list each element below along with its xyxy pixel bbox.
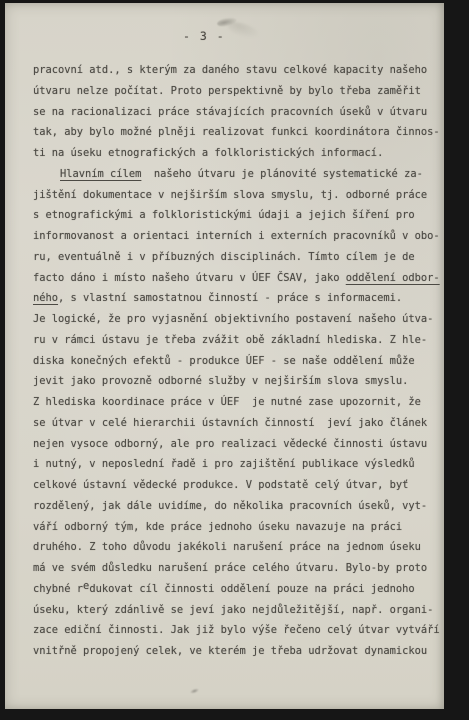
text-line: ru v rámci ústavu je třeba zvážit obě zá… <box>33 330 437 351</box>
text-line: zace ediční činnosti. Jak již bylo výše … <box>33 620 437 641</box>
text-segment: i nutný, v neposlední řadě i pro zajiště… <box>33 458 415 470</box>
text-segment: našeho útvaru je plánovité systematické … <box>141 168 423 180</box>
text-line: celkové ústavní vědecké produkce. V pods… <box>33 475 437 496</box>
text-segment: facto dáno i místo našeho útvaru v ÚEF Č… <box>33 272 346 284</box>
text-line: má ve svém důsledku narušení práce celéh… <box>33 558 437 579</box>
underlined-text: Hlavním cílem <box>60 168 141 180</box>
document-body: pracovní atd., s kterým za daného stavu … <box>33 60 437 662</box>
text-segment: zace ediční činnosti. Jak již bylo výše … <box>33 624 440 636</box>
text-line: Hlavním cílem našeho útvaru je plánovité… <box>33 164 437 185</box>
smudge-mark <box>216 16 237 28</box>
text-segment: se útvar v celé hierarchii ústavních čin… <box>33 417 427 429</box>
text-segment: ru, eventuálně i v příbuzných discipliná… <box>33 251 415 263</box>
text-segment: chybné r <box>33 583 83 595</box>
text-segment: druhého. Z toho důvodu jakékoli narušení… <box>33 541 421 553</box>
text-segment: ru v rámci ústavu je třeba zvážit obě zá… <box>33 334 427 346</box>
text-segment: váří odborný tým, kde práce jednoho úsek… <box>33 521 402 533</box>
text-segment: vnitřně propojený celek, ve kterém je tř… <box>33 645 427 657</box>
scan-background: { "page": { "number_label": "- 3 -", "li… <box>0 0 469 720</box>
text-line: Je logické, že pro vyjasnění objektivníh… <box>33 309 437 330</box>
smudge-mark-faint <box>226 19 263 44</box>
underlined-text: ného <box>33 292 58 304</box>
text-segment: ti na úseku etnografických a folkloristi… <box>33 147 383 159</box>
text-line: facto dáno i místo našeho útvaru v ÚEF Č… <box>33 268 437 289</box>
text-line: s etnografickými a folkloristickými údaj… <box>33 205 437 226</box>
text-line: informovanost a orientaci interních i ex… <box>33 226 437 247</box>
document-page: - 3 - pracovní atd., s kterým za daného … <box>5 3 444 709</box>
text-line: se na racionalizaci práce stávajících pr… <box>33 102 437 123</box>
text-line: pracovní atd., s kterým za daného stavu … <box>33 60 437 81</box>
text-segment: Je logické, že pro vyjasnění objektivníh… <box>33 313 433 325</box>
page-number: - 3 - <box>183 29 225 43</box>
text-line: rozdělený, jak dále uvidíme, do několika… <box>33 496 437 517</box>
text-line: ného, s vlastní samostatnou činností - p… <box>33 288 437 309</box>
text-segment: má ve svém důsledku narušení práce celéh… <box>33 562 427 574</box>
text-segment: nejen vysoce odborný, ale pro realizaci … <box>33 438 427 450</box>
text-line: nejen vysoce odborný, ale pro realizaci … <box>33 434 437 455</box>
text-segment: jištění dokumentace v nejširším slova sm… <box>33 189 427 201</box>
text-segment: , s vlastní samostatnou činností - práce… <box>58 292 402 304</box>
text-line: se útvar v celé hierarchii ústavních čin… <box>33 413 437 434</box>
text-segment: dukovat cíl činnosti oddělení pouze na p… <box>89 583 414 595</box>
text-line: váří odborný tým, kde práce jednoho úsek… <box>33 517 437 538</box>
text-segment: se na racionalizaci práce stávajících pr… <box>33 106 427 118</box>
text-segment: pracovní atd., s kterým za daného stavu … <box>33 64 427 76</box>
text-line: jevit jako provozně odborné služby v nej… <box>33 371 437 392</box>
text-segment: s etnografickými a folkloristickými údaj… <box>33 209 415 221</box>
text-line: diska konečných efektů - produkce ÚEF - … <box>33 351 437 372</box>
text-segment: tak, aby bylo možné plněji realizovat fu… <box>33 126 440 138</box>
text-segment: útvaru nelze počítat. Proto perspektivně… <box>33 85 421 97</box>
text-segment: diska konečných efektů - produkce ÚEF - … <box>33 355 415 367</box>
text-segment: jevit jako provozně odborné služby v nej… <box>33 375 408 387</box>
smudge-mark-bottom <box>190 688 200 695</box>
text-segment: rozdělený, jak dále uvidíme, do několika… <box>33 500 427 512</box>
text-segment: informovanost a orientaci interních i ex… <box>33 230 440 242</box>
text-line: úseku, který zdánlivě se jeví jako nejdů… <box>33 600 437 621</box>
text-line: Z hlediska koordinace práce v ÚEF je nut… <box>33 392 437 413</box>
text-line: jištění dokumentace v nejširším slova sm… <box>33 185 437 206</box>
text-segment: e <box>83 580 89 592</box>
text-line: tak, aby bylo možné plněji realizovat fu… <box>33 122 437 143</box>
text-line: ti na úseku etnografických a folkloristi… <box>33 143 437 164</box>
text-line: druhého. Z toho důvodu jakékoli narušení… <box>33 537 437 558</box>
underlined-text: oddělení odbor- <box>346 272 440 284</box>
text-segment: úseku, který zdánlivě se jeví jako nejdů… <box>33 604 433 616</box>
text-line: útvaru nelze počítat. Proto perspektivně… <box>33 81 437 102</box>
text-segment: Z hlediska koordinace práce v ÚEF je nut… <box>33 396 421 408</box>
text-line: i nutný, v neposlední řadě i pro zajiště… <box>33 454 437 475</box>
text-segment: celkové ústavní vědecké produkce. V pods… <box>33 479 408 491</box>
text-line: chybné redukovat cíl činnosti oddělení p… <box>33 579 437 600</box>
text-line: vnitřně propojený celek, ve kterém je tř… <box>33 641 437 662</box>
text-line: ru, eventuálně i v příbuzných discipliná… <box>33 247 437 268</box>
